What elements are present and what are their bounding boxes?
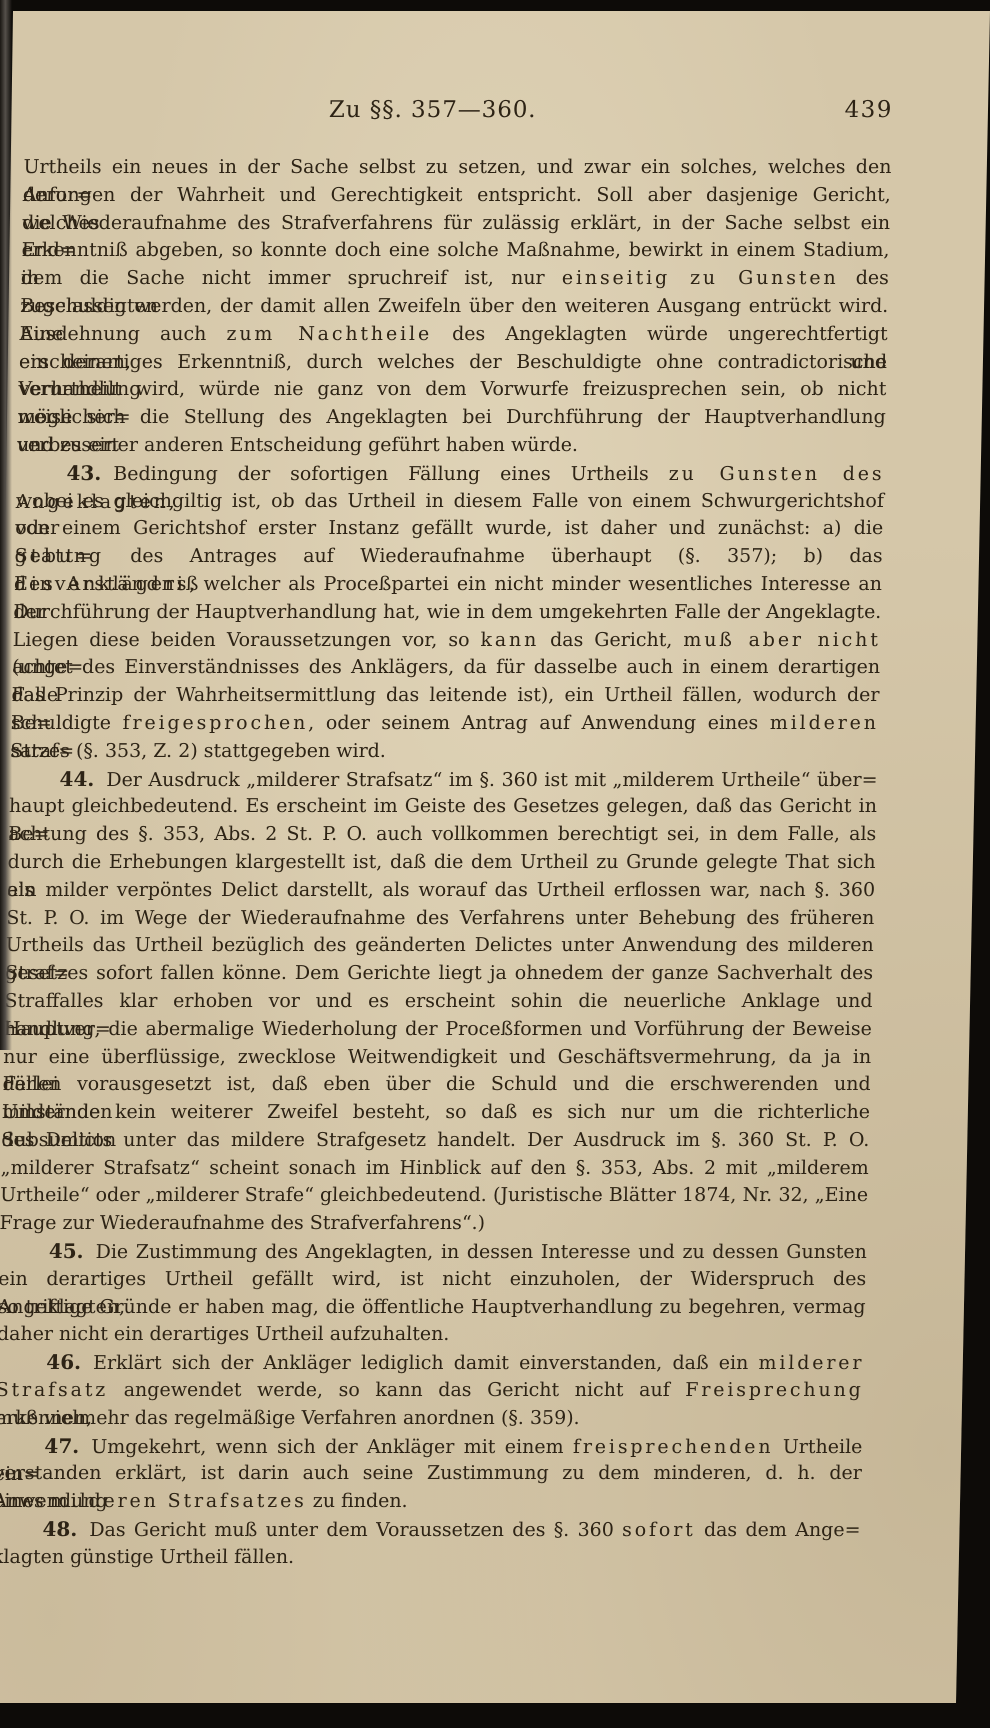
text-line: erkenntniß abgeben, so konnte doch eine … [21,237,890,265]
text-line: eines milderen Strafsatzes zu finden. [0,1488,861,1516]
paragraph-number: 45. [49,1239,96,1263]
text-line: satzes (§. 353, Z. 2) stattgegeben wird. [10,738,879,766]
text-line: Umstände kein weiterer Zweifel besteht, … [2,1099,871,1127]
emphasized-text: zum Nachtheile [226,323,432,345]
emphasized-text: einseitig zu Gunsten [562,267,839,289]
text-line: 46.Erklärt sich der Ankläger lediglich d… [0,1349,865,1377]
text-line: gebung des Antrages auf Wiederaufnahme ü… [14,543,883,571]
text-line: 48.Das Gericht muß unter dem Voraussetze… [0,1516,861,1544]
text-line: und zu einer anderen Entscheidung geführ… [17,432,886,460]
paragraph-number: 44. [59,767,106,791]
paragraph-number: 48. [42,1517,89,1541]
text-line: 43.Bedingung der sofortigen Fällung eine… [16,460,885,488]
text-line: Frage zur Wiederaufnahme des Strafverfah… [0,1210,868,1238]
text-line: achtung des §. 353, Abs. 2 St. P. O. auc… [8,821,877,849]
text-line: Durchführung der Hauptverhandlung hat, w… [13,599,882,627]
paragraph-number: 47. [44,1434,91,1458]
page-content: Zu §§. 357—360. 439 Urtheils ein neues i… [0,11,990,1703]
text-line: gesetzes sofort fallen könne. Dem Gerich… [5,960,874,988]
emphasized-text: milderer [758,1352,864,1374]
text-line: des Delicts unter das mildere Strafgeset… [1,1127,870,1155]
text-line: handlung, die abermalige Wiederholung de… [4,1016,873,1044]
emphasized-text: freisprechenden [573,1436,774,1458]
emphasized-text: gebung [14,545,104,567]
text-line: Urtheils das Urtheil bezüglich des geänd… [5,932,874,960]
text-line: St. P. O. im Wege der Wiederaufnahme des… [6,905,875,933]
paragraph-number: 46. [46,1350,93,1374]
text-line: Urtheile“ oder „milderer Strafe“ gleichb… [0,1182,868,1210]
text-line: des Anklägers, welcher als Proceßpartei … [14,571,883,599]
text-line: wobei es gleichgiltig ist, ob das Urthei… [16,488,885,516]
text-line: achtet des Einverständnisses des Ankläge… [12,654,881,682]
text-line: haupt gleichbedeutend. Es erscheint im G… [9,793,878,821]
text-line: Urtheils ein neues in der Sache selbst z… [23,154,892,182]
emphasized-text: des Anklägers [14,573,190,595]
text-line: Fällen vorausgesetzt ist, daß eben über … [2,1071,871,1099]
text-line: ein derartiges Urtheil gefällt wird, ist… [0,1266,867,1294]
text-line: durch die Erhebungen klargestellt ist, d… [7,849,876,877]
emphasized-text: milderen [770,712,879,734]
text-line: ein derartiges Erkenntniß, durch welches… [19,349,888,377]
page-header: Zu §§. 357—360. 439 [24,97,893,127]
text-line: so triftige Gründe er haben mag, die öff… [0,1294,866,1322]
text-line: Straffalles klar erhoben vor und es ersc… [4,988,873,1016]
text-line: von einem Gerichtshof erster Instanz gef… [15,515,884,543]
text-line: derungen der Wahrheit und Gerechtigkeit … [22,182,891,210]
emphasized-text: kann [480,629,539,651]
text-line: klagten günstige Urtheil fällen. [0,1544,860,1572]
text-line: weise sich die Stellung des Angeklagten … [17,404,886,432]
page-number: 439 [844,97,893,123]
text-line: Liegen diese beiden Voraussetzungen vor,… [12,627,881,655]
text-line: schuldigte freigesprochen, oder seinem A… [11,710,880,738]
emphasized-text: sofort [622,1519,696,1541]
text-line: „milderer Strafsatz“ scheint sonach im H… [0,1155,869,1183]
emphasized-text: Freisprechung [685,1379,864,1401]
text-line: nur eine überflüssige, zwecklose Weitwen… [3,1044,872,1072]
running-title: Zu §§. 357—360. [0,97,867,123]
text-line: das Prinzip der Wahrheitsermittlung das … [11,682,880,710]
scan-frame: Zu §§. 357—360. 439 Urtheils ein neues i… [0,0,990,1728]
text-line: 44.Der Ausdruck „milderer Strafsatz“ im … [9,766,878,794]
text-line: Ausdehnung auch zum Nachtheile des Angek… [19,321,888,349]
text-line: daher nicht ein derartiges Urtheil aufzu… [0,1321,865,1349]
text-line: zugelassen werden, der damit allen Zweif… [20,293,889,321]
text-line: 47.Umgekehrt, wenn sich der Ankläger mit… [0,1433,863,1461]
emphasized-text: Strafsatz [0,1379,108,1401]
text-line: verstanden erklärt, ist darin auch seine… [0,1460,862,1488]
emphasized-text: muß aber nicht [683,629,881,651]
text-line: muß vielmehr das regelmäßige Verfahren a… [0,1405,863,1433]
text-line: ein milder verpöntes Delict darstellt, a… [7,877,876,905]
text-line: die Wiederaufnahme des Strafverfahrens f… [22,210,891,238]
emphasized-text: freigesprochen [122,712,308,734]
paragraph-number: 43. [66,461,113,485]
text-line: dem die Sache nicht immer spruchreif ist… [21,265,890,293]
text-line: Strafsatz angewendet werde, so kann das … [0,1377,864,1405]
text-line: verurtheilt wird, würde nie ganz von dem… [18,376,887,404]
text-line: 45.Die Zustimmung des Angeklagten, in de… [0,1238,867,1266]
page-body: Urtheils ein neues in der Sache selbst z… [0,154,892,1572]
emphasized-text: milderen Strafsatzes [50,1490,307,1512]
